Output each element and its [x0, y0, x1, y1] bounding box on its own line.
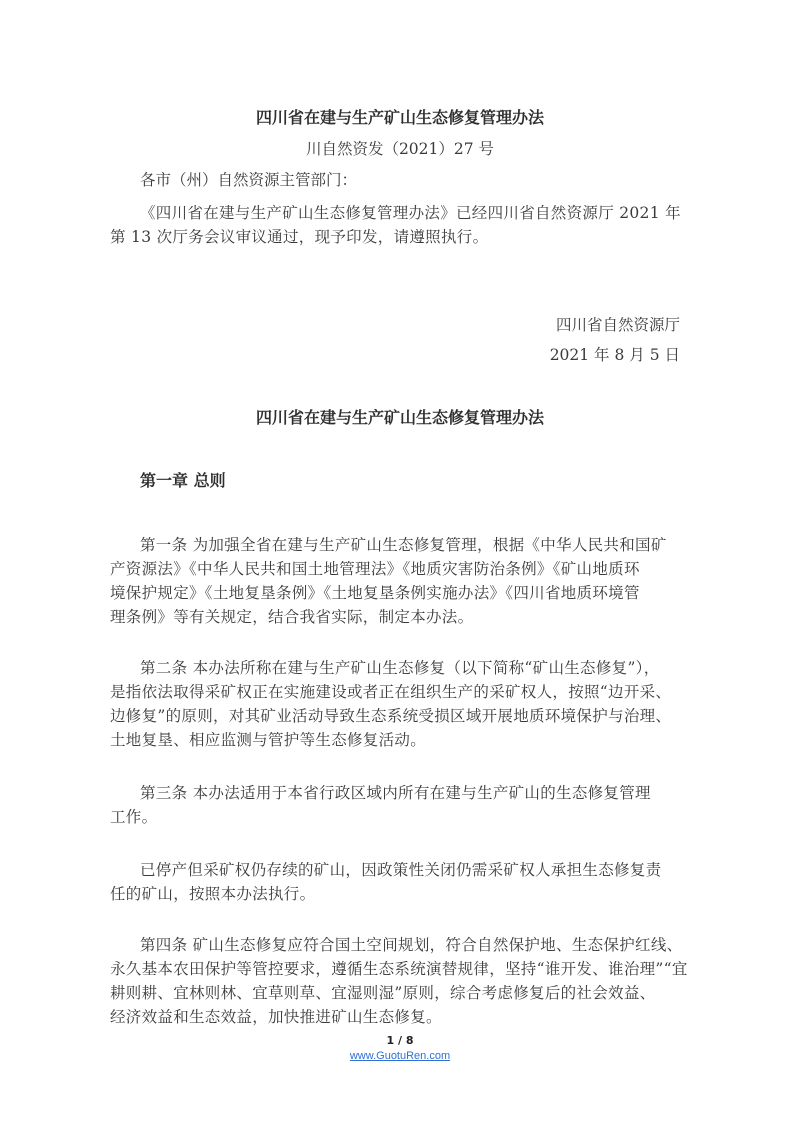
- article-line: 永久基本农田保护等管控要求，遵循生态系统演替规律，坚持“谁开发、谁治理”“宜: [110, 957, 690, 981]
- article-3: 第三条 本办法适用于本省行政区域内所有在建与生产矿山的生态修复管理 工作。: [110, 781, 690, 829]
- page-indicator: 1 / 8: [0, 1034, 800, 1047]
- notice-line: 《四川省在建与生产矿山生态修复管理办法》已经四川省自然资源厅 2021 年: [110, 201, 690, 225]
- article-3-supplement: 已停产但采矿权仍存续的矿山，因政策性关闭仍需采矿权人承担生态修复责 任的矿山，按…: [110, 858, 690, 906]
- issuer-signature: 四川省自然资源厅: [556, 315, 680, 335]
- notice-paragraph: 《四川省在建与生产矿山生态修复管理办法》已经四川省自然资源厅 2021 年 第 …: [110, 201, 690, 249]
- chapter-heading: 第一章 总则: [140, 471, 226, 491]
- article-line: 第一条 为加强全省在建与生产矿山生态修复管理，根据《中华人民共和国矿: [110, 533, 690, 557]
- document-number: 川自然资发（2021）27 号: [0, 139, 800, 159]
- article-line: 已停产但采矿权仍存续的矿山，因政策性关闭仍需采矿权人承担生态修复责: [110, 858, 690, 882]
- regulation-title: 四川省在建与生产矿山生态修复管理办法: [0, 408, 800, 428]
- article-line: 经济效益和生态效益，加快推进矿山生态修复。: [110, 1005, 690, 1029]
- article-line: 第四条 矿山生态修复应符合国土空间规划，符合自然保护地、生态保护红线、: [110, 933, 690, 957]
- article-line: 产资源法》《中华人民共和国土地管理法》《地质灾害防治条例》《矿山地质环: [110, 557, 690, 581]
- article-1: 第一条 为加强全省在建与生产矿山生态修复管理，根据《中华人民共和国矿 产资源法》…: [110, 533, 690, 629]
- article-4: 第四条 矿山生态修复应符合国土空间规划，符合自然保护地、生态保护红线、 永久基本…: [110, 933, 690, 1029]
- website-link[interactable]: www.GuotuRen.com: [350, 1050, 450, 1062]
- notice-line: 第 13 次厅务会议审议通过，现予印发，请遵照执行。: [110, 225, 690, 249]
- article-line: 第二条 本办法所称在建与生产矿山生态修复（以下简称“矿山生态修复”），: [110, 656, 690, 680]
- article-line: 是指依法取得采矿权正在实施建设或者正在组织生产的采矿权人，按照“边开采、: [110, 680, 690, 704]
- salutation: 各市（州）自然资源主管部门：: [140, 170, 357, 190]
- article-line: 工作。: [110, 805, 690, 829]
- article-line: 耕则耕、宜林则林、宜草则草、宜湿则湿”原则，综合考虑修复后的社会效益、: [110, 981, 690, 1005]
- issue-date: 2021 年 8 月 5 日: [550, 345, 680, 365]
- article-line: 土地复垦、相应监测与管护等生态修复活动。: [110, 728, 690, 752]
- notice-title: 四川省在建与生产矿山生态修复管理办法: [0, 108, 800, 128]
- article-line: 第三条 本办法适用于本省行政区域内所有在建与生产矿山的生态修复管理: [110, 781, 690, 805]
- article-line: 理条例》等有关规定，结合我省实际，制定本办法。: [110, 605, 690, 629]
- article-line: 境保护规定》《土地复垦条例》《土地复垦条例实施办法》《四川省地质环境管: [110, 581, 690, 605]
- article-line: 任的矿山，按照本办法执行。: [110, 882, 690, 906]
- article-line: 边修复”的原则，对其矿业活动导致生态系统受损区域开展地质环境保护与治理、: [110, 704, 690, 728]
- footer-link-container: www.GuotuRen.com: [0, 1050, 800, 1062]
- article-2: 第二条 本办法所称在建与生产矿山生态修复（以下简称“矿山生态修复”）， 是指依法…: [110, 656, 690, 752]
